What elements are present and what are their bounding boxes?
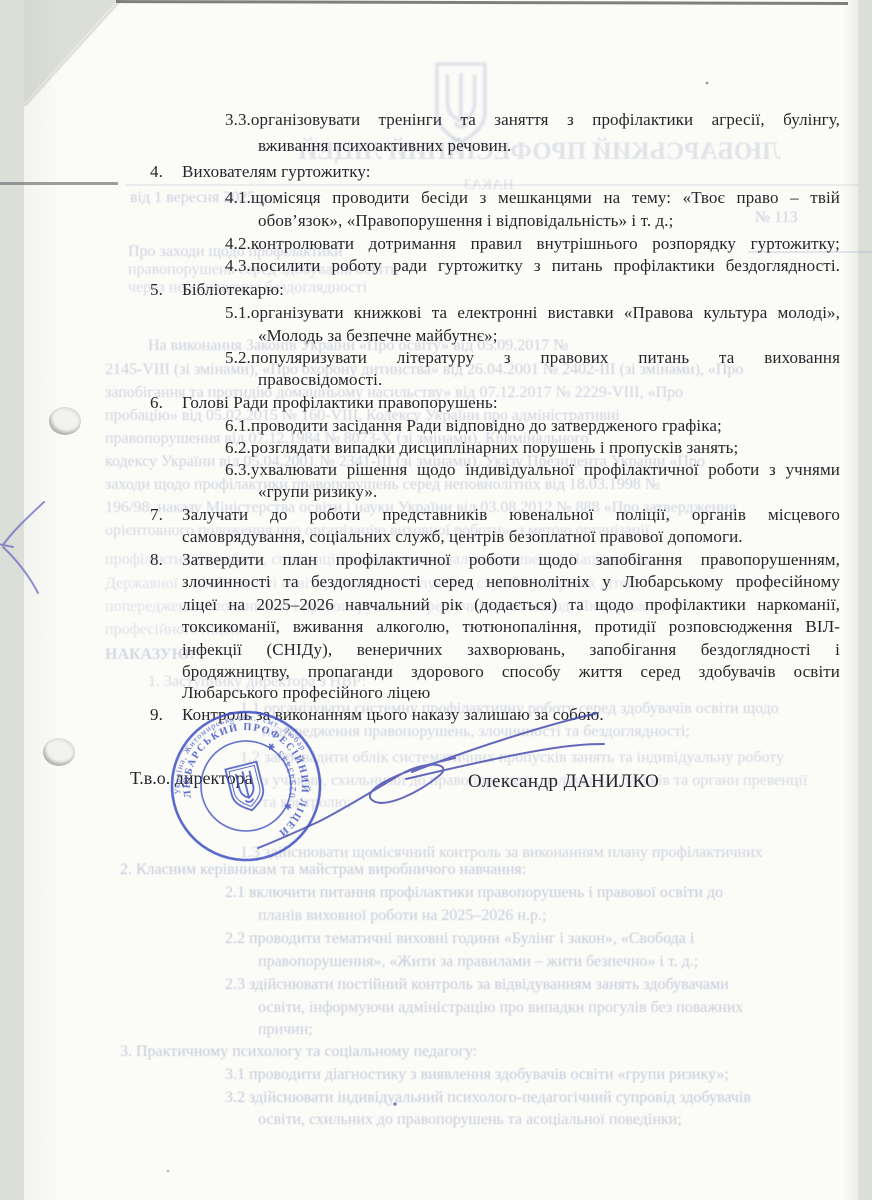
punch-hole-bottom	[43, 738, 75, 766]
handwritten-signature	[0, 0, 872, 1200]
scanned-document-page: ЛЮБАРСЬКИЙ ПРОФЕСІЙНИЙ ЛІЦЕЙНАКАЗвід 1 в…	[0, 0, 872, 1200]
scan-specks	[167, 82, 709, 1173]
pen-scribble	[0, 502, 44, 593]
punch-hole-top	[49, 407, 81, 435]
